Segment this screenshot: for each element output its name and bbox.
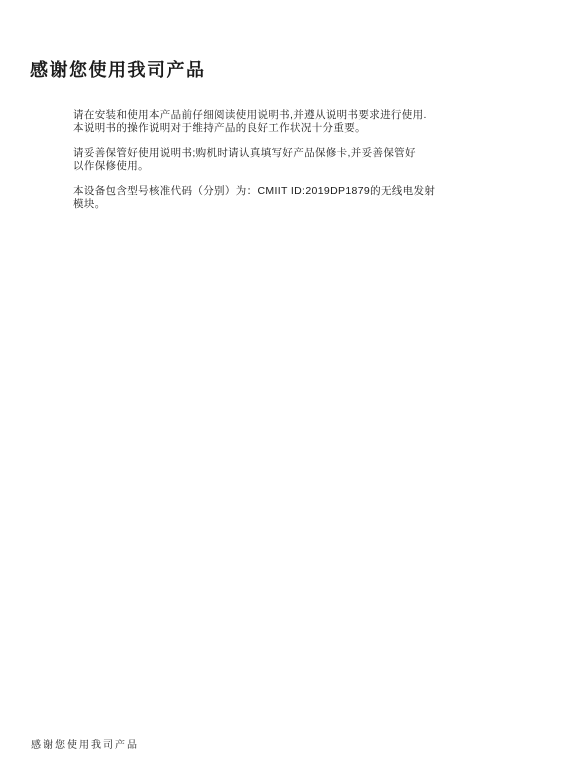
paragraph-line: 模块。 bbox=[73, 198, 543, 211]
paragraph-line: 请在安装和使用本产品前仔细阅读使用说明书,并遵从说明书要求进行使用. bbox=[73, 109, 543, 122]
paragraph-cmiit-code: 本设备包含型号核准代码（分别）为：CMIIT ID:2019DP1879的无线电… bbox=[73, 185, 543, 212]
paragraph-line: 本设备包含型号核准代码（分别）为：CMIIT ID:2019DP1879的无线电… bbox=[73, 185, 543, 198]
paragraph-line: 以作保修使用。 bbox=[73, 160, 543, 173]
paragraph-line: 本说明书的操作说明对于维持产品的良好工作状况十分重要。 bbox=[73, 122, 543, 135]
paragraph-keep-manual: 请妥善保管好使用说明书;购机时请认真填写好产品保修卡,并妥善保管好 以作保修使用… bbox=[73, 147, 543, 174]
page-footer: 感谢您使用我司产品 bbox=[31, 736, 139, 751]
document-body: 请在安装和使用本产品前仔细阅读使用说明书,并遵从说明书要求进行使用. 本说明书的… bbox=[73, 109, 543, 222]
paragraph-read-manual: 请在安装和使用本产品前仔细阅读使用说明书,并遵从说明书要求进行使用. 本说明书的… bbox=[73, 109, 543, 136]
page-title: 感谢您使用我司产品 bbox=[30, 58, 206, 82]
document-page: 感谢您使用我司产品 请在安装和使用本产品前仔细阅读使用说明书,并遵从说明书要求进… bbox=[0, 0, 574, 774]
paragraph-line: 请妥善保管好使用说明书;购机时请认真填写好产品保修卡,并妥善保管好 bbox=[73, 147, 543, 160]
